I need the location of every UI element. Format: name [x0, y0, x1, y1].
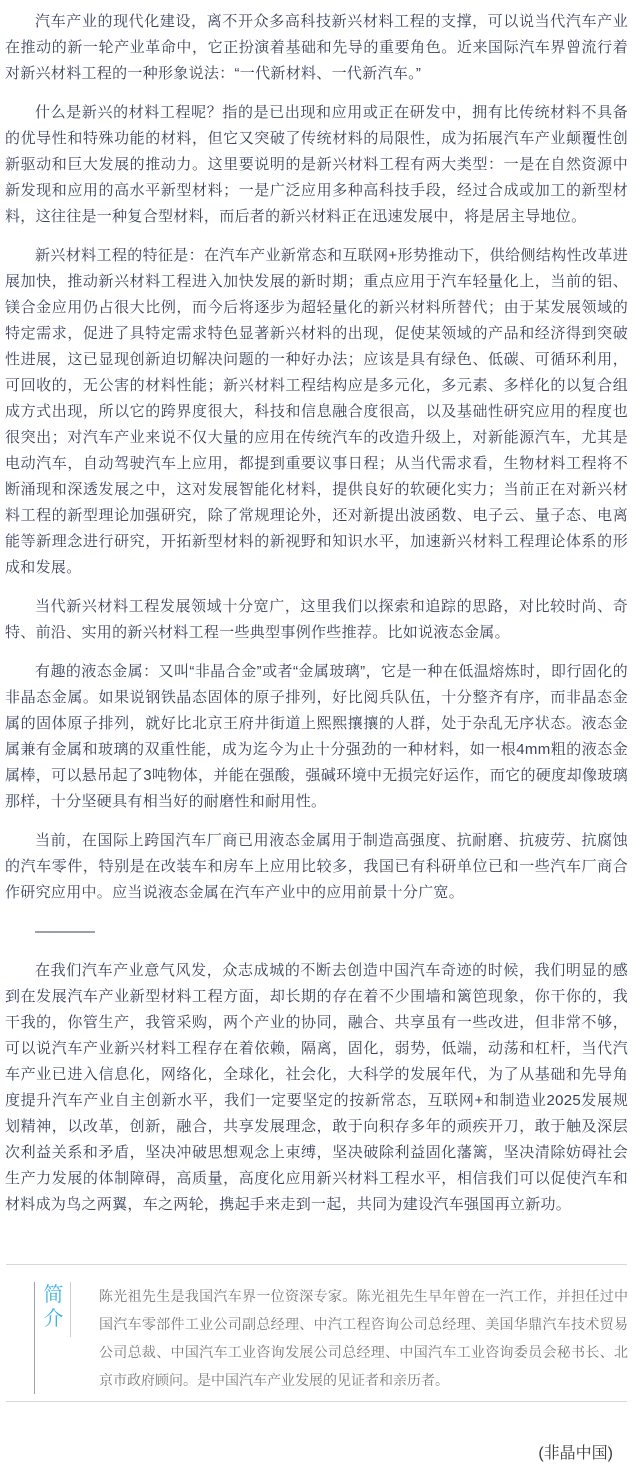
article-paragraph-intro: 汽车产业的现代化建设，离不开众多高科技新兴材料工程的支撑，可以说当代汽车产业在推… [5, 9, 628, 87]
bio-label: 简介 [43, 1282, 71, 1337]
article-paragraph-features: 新兴材料工程的特征是：在汽车产业新常态和互联网+形势推动下，供给侧结构性改革进展… [5, 243, 628, 581]
article-paragraph-liquid-metal: 有趣的液态金属：又叫“非晶合金”或者“金属玻璃”，它是一种在低温熔炼时，即行固化… [5, 659, 628, 815]
divider-bottom [6, 1401, 627, 1402]
article-paragraph-overview: 当代新兴材料工程发展领域十分宽广，这里我们以探索和追踪的思路，对比较时尚、奇特、… [5, 594, 628, 646]
source-attribution: (非晶中国) [0, 1444, 633, 1464]
separator-dashes: ———— [5, 919, 628, 945]
bio-text: 陈光祖先生是我国汽车界一位资深专家。陈光祖先生早年曾在一汽工作，并担任过中国汽车… [71, 1282, 628, 1394]
article-paragraph-definition: 什么是新兴的材料工程呢？指的是已出现和应用或正在研发中，拥有比传统材料不具备的优… [5, 100, 628, 230]
divider-top [6, 1264, 627, 1265]
article-paragraph-application: 当前，在国际上跨国汽车厂商已用液态金属用于制造高强度、抗耐磨、抗疲劳、抗腐蚀的汽… [5, 828, 628, 906]
article-page: 汽车产业的现代化建设，离不开众多高科技新兴材料工程的支撑，可以说当代汽车产业在推… [0, 0, 633, 1470]
article-body: 汽车产业的现代化建设，离不开众多高科技新兴材料工程的支撑，可以说当代汽车产业在推… [0, 0, 633, 1218]
article-paragraph-conclusion: 在我们汽车产业意气风发，众志成城的不断去创造中国汽车奇迹的时候，我们明显的感到在… [5, 958, 628, 1218]
bio-section: 简介 陈光祖先生是我国汽车界一位资深专家。陈光祖先生早年曾在一汽工作，并担任过中… [34, 1282, 628, 1394]
